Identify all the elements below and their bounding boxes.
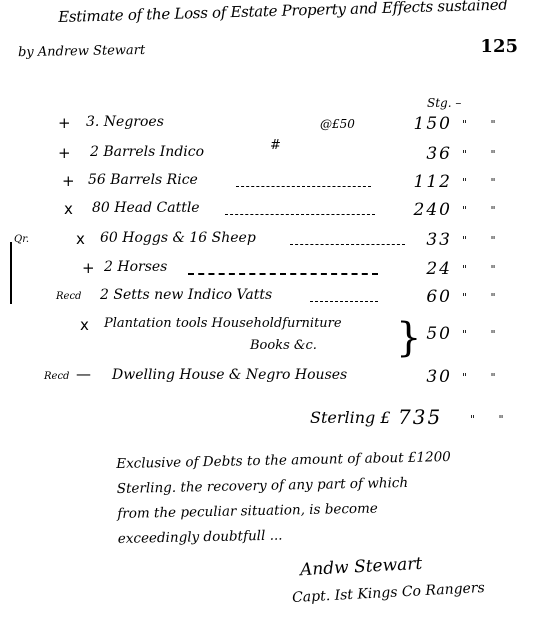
column-header: Stg. – <box>427 96 461 110</box>
item-description: 56 Barrels Rice <box>88 172 198 188</box>
margin-note: Recd <box>44 371 69 382</box>
total-label: Sterling £ <box>310 408 391 427</box>
item-description: Dwelling House & Negro Houses <box>112 367 347 383</box>
item-amount: 60 <box>412 287 452 307</box>
item-description: 60 Hoggs & 16 Sheep <box>100 230 256 246</box>
leader-dashes <box>188 273 378 275</box>
tick-mark: x <box>76 230 85 248</box>
brace-mark: } <box>396 318 421 358</box>
ditto-marks: " " <box>462 176 506 189</box>
ditto-marks: " " <box>462 328 506 341</box>
item-amount: 33 <box>412 230 452 250</box>
table-row: + 2 Barrels Indico # 36 " " <box>0 144 544 168</box>
ditto-marks: " " <box>462 234 506 247</box>
table-row: x 80 Head Cattle 240 " " <box>0 200 544 224</box>
table-row: + 56 Barrels Rice 112 " " <box>0 172 544 196</box>
item-amount: 24 <box>412 259 452 279</box>
item-amount: 30 <box>412 367 452 387</box>
table-row: x Plantation tools Householdfurniture Bo… <box>0 316 544 360</box>
table-row: + 2 Horses 24 " " <box>0 259 544 283</box>
ditto-marks: " " <box>462 118 506 131</box>
page-number: 125 <box>480 36 518 57</box>
tick-mark: + <box>82 259 95 277</box>
document-title: Estimate of the Loss of Estate Property … <box>58 0 508 26</box>
item-description: 3. Negroes <box>86 114 164 130</box>
tick-mark: + <box>58 114 71 132</box>
margin-note: Recd <box>56 291 81 302</box>
ditto-marks: " " <box>462 204 506 217</box>
leader-dashes <box>236 186 371 187</box>
item-amount: 36 <box>412 144 452 164</box>
byline: by Andrew Stewart <box>18 43 145 60</box>
item-description: Plantation tools Householdfurniture <box>104 316 342 331</box>
leader-dashes <box>225 214 375 215</box>
item-amount: 112 <box>412 172 452 192</box>
table-row: + 3. Negroes @£50 150 " " <box>0 114 544 138</box>
signature-title: Capt. Ist Kings Co Rangers <box>292 580 485 606</box>
note-paragraph: Exclusive of Debts to the amount of abou… <box>116 444 518 552</box>
tick-mark: x <box>80 316 89 334</box>
table-row: Qr. x 60 Hoggs & 16 Sheep 33 " " <box>0 230 544 254</box>
item-amount: 150 <box>412 114 452 134</box>
total-amount: 735 <box>398 405 442 429</box>
item-description: 2 Barrels Indico <box>90 144 204 160</box>
ditto-marks: " " <box>462 263 506 276</box>
ditto-marks: " " <box>470 413 514 426</box>
margin-note: Qr. <box>14 234 29 245</box>
item-description: 2 Horses <box>104 259 167 275</box>
table-row: Recd — Dwelling House & Negro Houses 30 … <box>0 367 544 391</box>
signature-name: Andw Stewart <box>300 554 423 580</box>
hash-mark-icon: # <box>270 138 281 153</box>
tick-mark: + <box>62 172 75 190</box>
tick-mark: + <box>58 144 71 162</box>
tick-mark: x <box>64 200 73 218</box>
leader-dashes <box>310 301 378 302</box>
ditto-marks: " " <box>462 291 506 304</box>
item-description-line2: Books &c. <box>250 338 317 353</box>
item-description: 80 Head Cattle <box>92 200 200 216</box>
ditto-marks: " " <box>462 148 506 161</box>
ditto-marks: " " <box>462 371 506 384</box>
table-row: Recd 2 Setts new Indico Vatts 60 " " <box>0 287 544 311</box>
item-amount: 240 <box>412 200 452 220</box>
item-description: 2 Setts new Indico Vatts <box>100 287 272 303</box>
item-rate: @£50 <box>320 117 355 131</box>
leader-dashes <box>290 244 405 245</box>
tick-mark: — <box>76 365 91 383</box>
